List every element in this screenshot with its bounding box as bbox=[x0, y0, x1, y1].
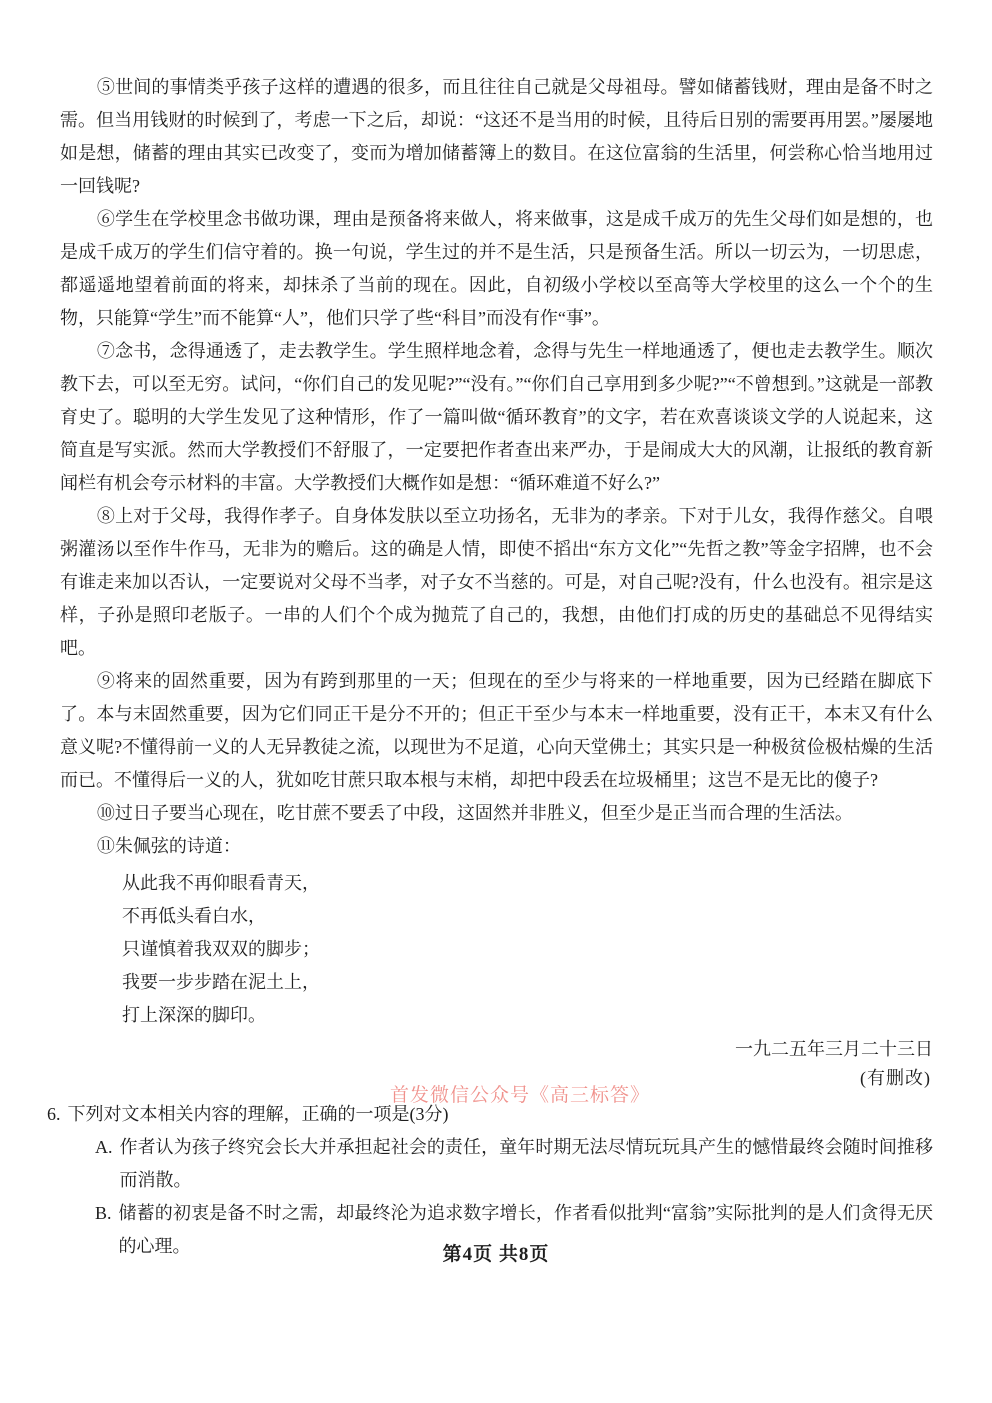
passage-paragraph-8: ⑧上对于父母，我得作孝子。自身体发肤以至立功扬名，无非为的孝亲。下对于儿女，我得… bbox=[60, 500, 933, 665]
poem-line: 从此我不再仰眼看青天， bbox=[122, 867, 933, 900]
revision-note: (有删改) bbox=[60, 1064, 933, 1093]
question-stem: 下列对文本相关内容的理解，正确的一项是(3分) bbox=[68, 1098, 934, 1131]
quoted-poem: 从此我不再仰眼看青天， 不再低头看白水， 只谨慎着我双双的脚步； 我要一步步踏在… bbox=[122, 867, 933, 1032]
reading-passage: ⑤世间的事情类乎孩子这样的遭遇的很多，而且往往自己就是父母祖母。譬如储蓄钱财，理… bbox=[60, 71, 933, 1263]
question-stem-row: 6. 下列对文本相关内容的理解，正确的一项是(3分) bbox=[47, 1098, 933, 1131]
option-a: A. 作者认为孩子终究会长大并承担起社会的责任，童年时期无法尽情玩玩具产生的憾惜… bbox=[95, 1131, 933, 1197]
page-footer: 第4页 共8页 bbox=[0, 1239, 992, 1266]
poem-line: 打上深深的脚印。 bbox=[122, 999, 933, 1032]
option-b-label: B. bbox=[95, 1197, 112, 1230]
question-number: 6. bbox=[47, 1098, 61, 1131]
passage-paragraph-9: ⑨将来的固然重要，因为有跨到那里的一天；但现在的至少与将来的一样地重要，因为已经… bbox=[60, 665, 933, 797]
poem-line: 不再低头看白水， bbox=[122, 900, 933, 933]
poem-line: 我要一步步踏在泥土上， bbox=[122, 966, 933, 999]
passage-paragraph-7: ⑦念书，念得通透了，走去教学生。学生照样地念着，念得与先生一样地通透了，便也走去… bbox=[60, 335, 933, 500]
composition-date: 一九二五年三月二十三日 bbox=[60, 1035, 933, 1064]
passage-paragraph-6: ⑥学生在学校里念书做功课，理由是预备将来做人，将来做事，这是成千成万的先生父母们… bbox=[60, 203, 933, 335]
exam-page: ⑤世间的事情类乎孩子这样的遭遇的很多，而且往往自己就是父母祖母。譬如储蓄钱财，理… bbox=[0, 0, 992, 1403]
passage-paragraph-10: ⑩过日子要当心现在，吃甘蔗不要丢了中段，这固然并非胜义，但至少是正当而合理的生活… bbox=[60, 797, 933, 830]
passage-paragraph-5: ⑤世间的事情类乎孩子这样的遭遇的很多，而且往往自己就是父母祖母。譬如储蓄钱财，理… bbox=[60, 71, 933, 203]
option-a-text: 作者认为孩子终究会长大并承担起社会的责任，童年时期无法尽情玩玩具产生的憾惜最终会… bbox=[120, 1131, 934, 1197]
poem-line: 只谨慎着我双双的脚步； bbox=[122, 933, 933, 966]
passage-paragraph-11: ⑪朱佩弦的诗道： bbox=[60, 830, 933, 863]
option-a-label: A. bbox=[95, 1131, 113, 1164]
